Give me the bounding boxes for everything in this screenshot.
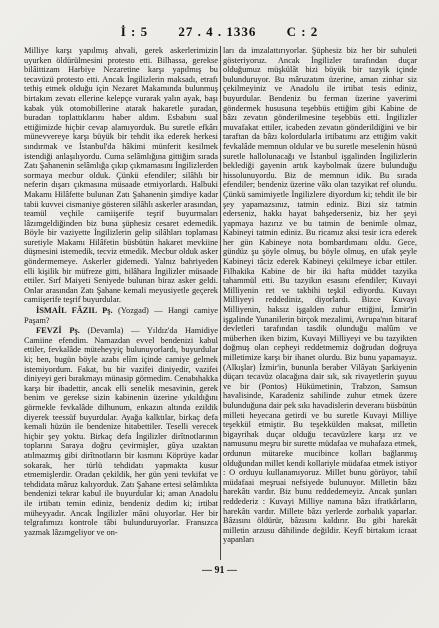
session-date: 27 . 4 . 1336 bbox=[178, 24, 256, 40]
session-header: İ : 5 27 . 4 . 1336 C : 2 bbox=[0, 24, 439, 40]
speech-paragraph-fevzi: FEVZİ Pş. (Devamla) — Yıldız'da Hamidiye… bbox=[24, 326, 218, 537]
speaker-name: İSMAİL FÂZIL Pş. bbox=[36, 306, 113, 315]
session-sitting: C : 2 bbox=[287, 24, 319, 40]
text-columns: Milliye karşı yapılmış ahvali, gerek ask… bbox=[24, 46, 417, 560]
speech-text: (Devamla) — Yıldız'da Hamidiye Camiine e… bbox=[24, 326, 218, 536]
speech-paragraph-ismail-fazil: İSMAİL FÂZIL Pş. (Yozgad) — Hangi camiye… bbox=[24, 306, 218, 325]
right-column: ları da imzalattırıyorlar. Şüphesiz biz … bbox=[223, 46, 417, 560]
session-number: İ : 5 bbox=[121, 24, 148, 40]
paragraph-continuation: ları da imzalattırıyorlar. Şüphesiz biz … bbox=[223, 46, 417, 545]
paragraph-continuation: Milliye karşı yapılmış ahvali, gerek ask… bbox=[24, 46, 218, 305]
left-column: Milliye karşı yapılmış ahvali, gerek ask… bbox=[24, 46, 218, 560]
document-page: İ : 5 27 . 4 . 1336 C : 2 Milliye karşı … bbox=[0, 0, 439, 628]
column-divider-rule bbox=[220, 46, 221, 560]
page-number: — 91 — bbox=[0, 565, 439, 576]
speaker-name: FEVZİ Pş. bbox=[36, 326, 80, 335]
